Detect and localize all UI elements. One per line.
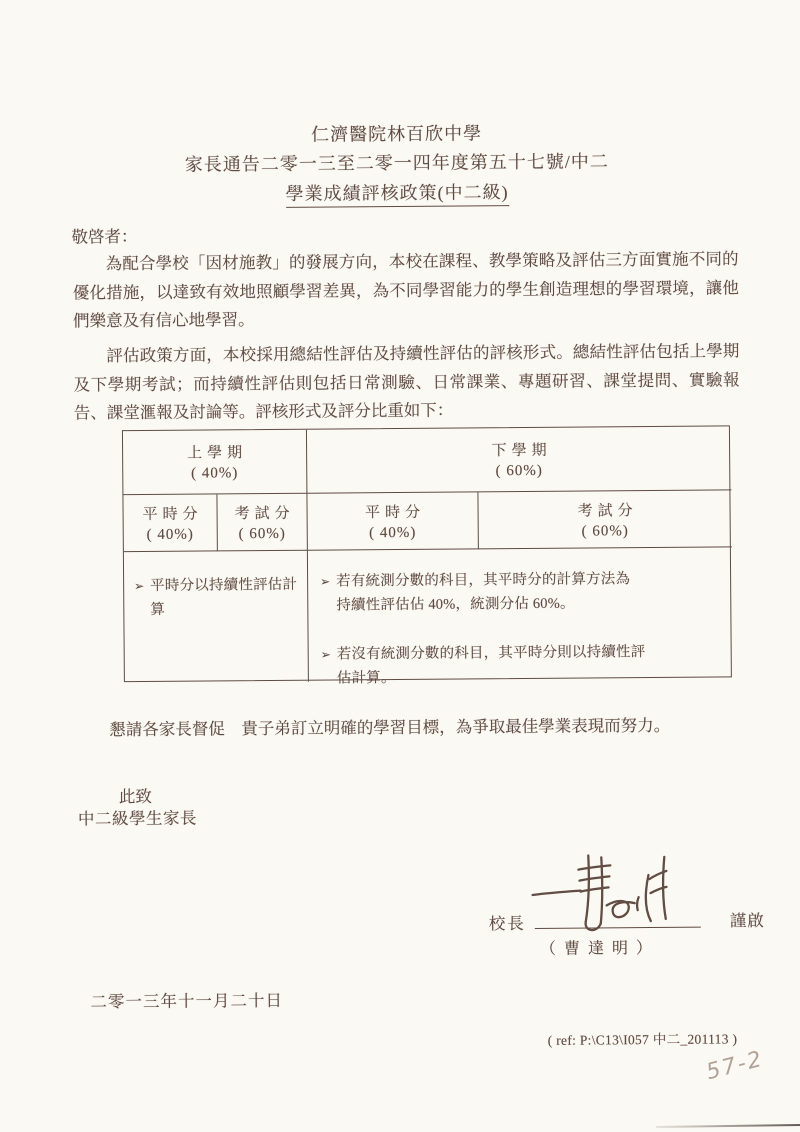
scanned-notice-page: 仁濟醫院林百欣中學 家長通告二零一三至二零一四年度第五十七號/中二 學業成績評核… xyxy=(0,0,800,1132)
subject-title: 學業成績評核政策(中二級) xyxy=(285,178,508,208)
file-reference: ( ref: P:\C13\I057 中二_201113 ) xyxy=(548,1027,738,1048)
term1-label: 上學期 xyxy=(182,441,247,463)
exam2-weight: ( 60%) xyxy=(582,523,629,540)
salutation: 敬啓者： xyxy=(71,223,137,248)
closing-recipient: 中二級學生家長 xyxy=(78,805,197,830)
subject-title-row: 學業成績評核政策(中二級) xyxy=(0,176,797,210)
arrow-bullet-icon: ➢ xyxy=(320,570,336,594)
signature-role-label: 校長 xyxy=(489,910,526,934)
scan-tilt-wrapper: 仁濟醫院林百欣中學 家長通告二零一三至二零一四年度第五十七號/中二 學業成績評核… xyxy=(0,0,800,1132)
exam1-label: 考試分 xyxy=(229,501,294,523)
term2-label: 下學期 xyxy=(486,439,551,461)
table-body-left: ➢ 平時分以持續性評估計算 xyxy=(124,551,309,683)
right-bullet-text-1: 若有統測分數的科目，其平時分的計算方法為 持續性評估佔 40%，統測分佔 60%… xyxy=(336,567,630,617)
exam1-weight: ( 60%) xyxy=(239,525,286,542)
table-header-exam2: 考試分 ( 60%) xyxy=(478,490,731,549)
closing-this-to: 此致 xyxy=(119,783,152,807)
arrow-bullet-icon: ➢ xyxy=(321,643,337,667)
left-bullet-item: ➢ 平時分以持續性評估計算 xyxy=(134,573,303,622)
right-bullet-text-2: 若沒有統測分數的科目，其平時分則以持續性評 估計算。 xyxy=(337,640,646,690)
daily1-weight: ( 40%) xyxy=(147,526,194,543)
notice-date: 二零一三年十一月二十日 xyxy=(90,987,283,1013)
table-header-daily1: 平時分 ( 40%) xyxy=(123,494,217,552)
term1-weight: ( 40%) xyxy=(191,465,238,482)
table-header-exam1: 考試分 ( 60%) xyxy=(217,494,307,552)
exam2-label: 考試分 xyxy=(572,499,637,521)
table-header-term2: 下學期 ( 60%) xyxy=(307,426,731,493)
paragraph-closing: 懇請各家長督促 貴子弟訂立明確的學習目標，為爭取最佳學業表現而努力。 xyxy=(76,711,756,745)
left-bullet-text: 平時分以持續性評估計算 xyxy=(150,573,303,622)
notice-number-line: 家長通告二零一三至二零一四年度第五十七號/中二 xyxy=(0,146,797,178)
table-body-right: ➢ 若有統測分數的科目，其平時分的計算方法為 持續性評估佔 40%，統測分佔 6… xyxy=(308,547,733,681)
pencil-annotation: 57-2 xyxy=(704,1047,766,1086)
principal-name-in-brackets: （ 曹 達 明 ） xyxy=(540,935,654,959)
paragraph-intro: 為配合學校「因材施教」的發展方向，本校在課程、教學策略及評估三方面實施不同的優化… xyxy=(73,245,740,336)
daily1-label: 平時分 xyxy=(137,502,202,524)
table-header-term1: 上學期 ( 40%) xyxy=(123,430,307,495)
assessment-weight-table: 上學期 ( 40%) 下學期 ( 60%) 平時分 ( 40%) 考試分 ( 6… xyxy=(122,425,732,682)
term2-weight: ( 60%) xyxy=(496,463,543,480)
daily2-label: 平時分 xyxy=(360,500,425,522)
right-bullet-item-2: ➢ 若沒有統測分數的科目，其平時分則以持續性評 估計算。 xyxy=(321,640,673,691)
table-header-daily2: 平時分 ( 40%) xyxy=(307,492,478,550)
paragraph-policy: 評估政策方面，本校採用總結性評估及持續性評估的評核形式。總結性評估包括上學期及下… xyxy=(73,337,740,428)
school-name: 仁濟醫院林百欣中學 xyxy=(0,117,797,149)
signature-respectfully-label: 謹啟 xyxy=(730,907,765,931)
daily2-weight: ( 40%) xyxy=(369,524,416,541)
arrow-bullet-icon: ➢ xyxy=(134,574,150,598)
right-bullet-item-1: ➢ 若有統測分數的科目，其平時分的計算方法為 持續性評估佔 40%，統測分佔 6… xyxy=(320,567,672,618)
